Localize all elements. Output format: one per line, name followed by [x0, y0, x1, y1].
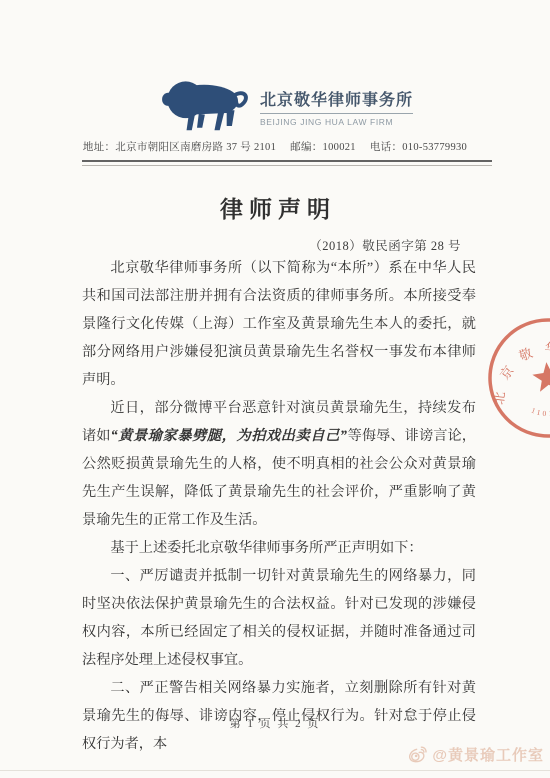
scanned-lawyer-statement-page: 北京敬华律师事务所 BEIJING JING HUA LAW FIRM 地址：北…: [0, 0, 550, 778]
seal-number: 1101058: [529, 402, 550, 420]
official-seal: 北京敬华律师事务所 1101058: [476, 306, 550, 450]
firm-name-cn: 北京敬华律师事务所: [260, 87, 413, 110]
page-number: 第 1 页 共 2 页: [0, 715, 550, 731]
seal-ring-text: 北京敬华律师事务所: [469, 299, 550, 410]
weibo-icon: [407, 745, 428, 764]
paragraph-intro: 北京敬华律师事务所（以下简称为“本所”）系在中华人民共和国司法部注册并拥有合法资…: [82, 254, 476, 394]
paragraph-allegation: 近日，部分微博平台恶意针对演员黄景瑜先生，持续发布诸如“黄景瑜家暴劈腿，为拍戏出…: [82, 394, 476, 534]
quoted-defamatory-phrase: “黄景瑜家暴劈腿，为拍戏出卖自己”: [111, 428, 348, 444]
firm-phone: 电话：010-53779930: [370, 142, 467, 153]
letterhead-rule: [82, 160, 492, 166]
paragraph-item-1: 一、严厉谴责并抵制一切针对黄景瑜先生的网络暴力，同时坚决依法保护黄景瑜先生的合法…: [82, 562, 476, 674]
svg-text:1101058: 1101058: [529, 402, 550, 420]
document-title: 律师声明: [0, 191, 550, 224]
firm-postcode: 邮编：100021: [290, 142, 356, 153]
firm-address: 地址：北京市朝阳区南磨房路 37 号 2101: [83, 142, 276, 153]
paragraph-declaration-lead: 基于上述委托北京敬华律师事务所严正声明如下：: [82, 534, 476, 562]
svg-text:北京敬华律师事务所: 北京敬华律师事务所: [469, 299, 550, 410]
photo-bottom-edge: [0, 770, 550, 771]
lion-logo-icon: [156, 72, 252, 138]
statement-body: 北京敬华律师事务所（以下简称为“本所”）系在中华人民共和国司法部注册并拥有合法资…: [82, 254, 476, 758]
seal-star-icon: [531, 360, 550, 392]
firm-name-divider: [260, 113, 413, 114]
letterhead-address-row: 地址：北京市朝阳区南磨房路 37 号 2101邮编：100021电话：010-5…: [0, 139, 550, 154]
firm-name-block: 北京敬华律师事务所 BEIJING JING HUA LAW FIRM: [260, 83, 413, 127]
weibo-watermark: @黄景瑜工作室: [407, 744, 544, 765]
document-number: （2018）敬民函字第 28 号: [82, 236, 461, 254]
firm-name-en: BEIJING JING HUA LAW FIRM: [260, 117, 413, 127]
letterhead: 北京敬华律师事务所 BEIJING JING HUA LAW FIRM: [156, 72, 413, 138]
watermark-text: @黄景瑜工作室: [432, 744, 544, 765]
